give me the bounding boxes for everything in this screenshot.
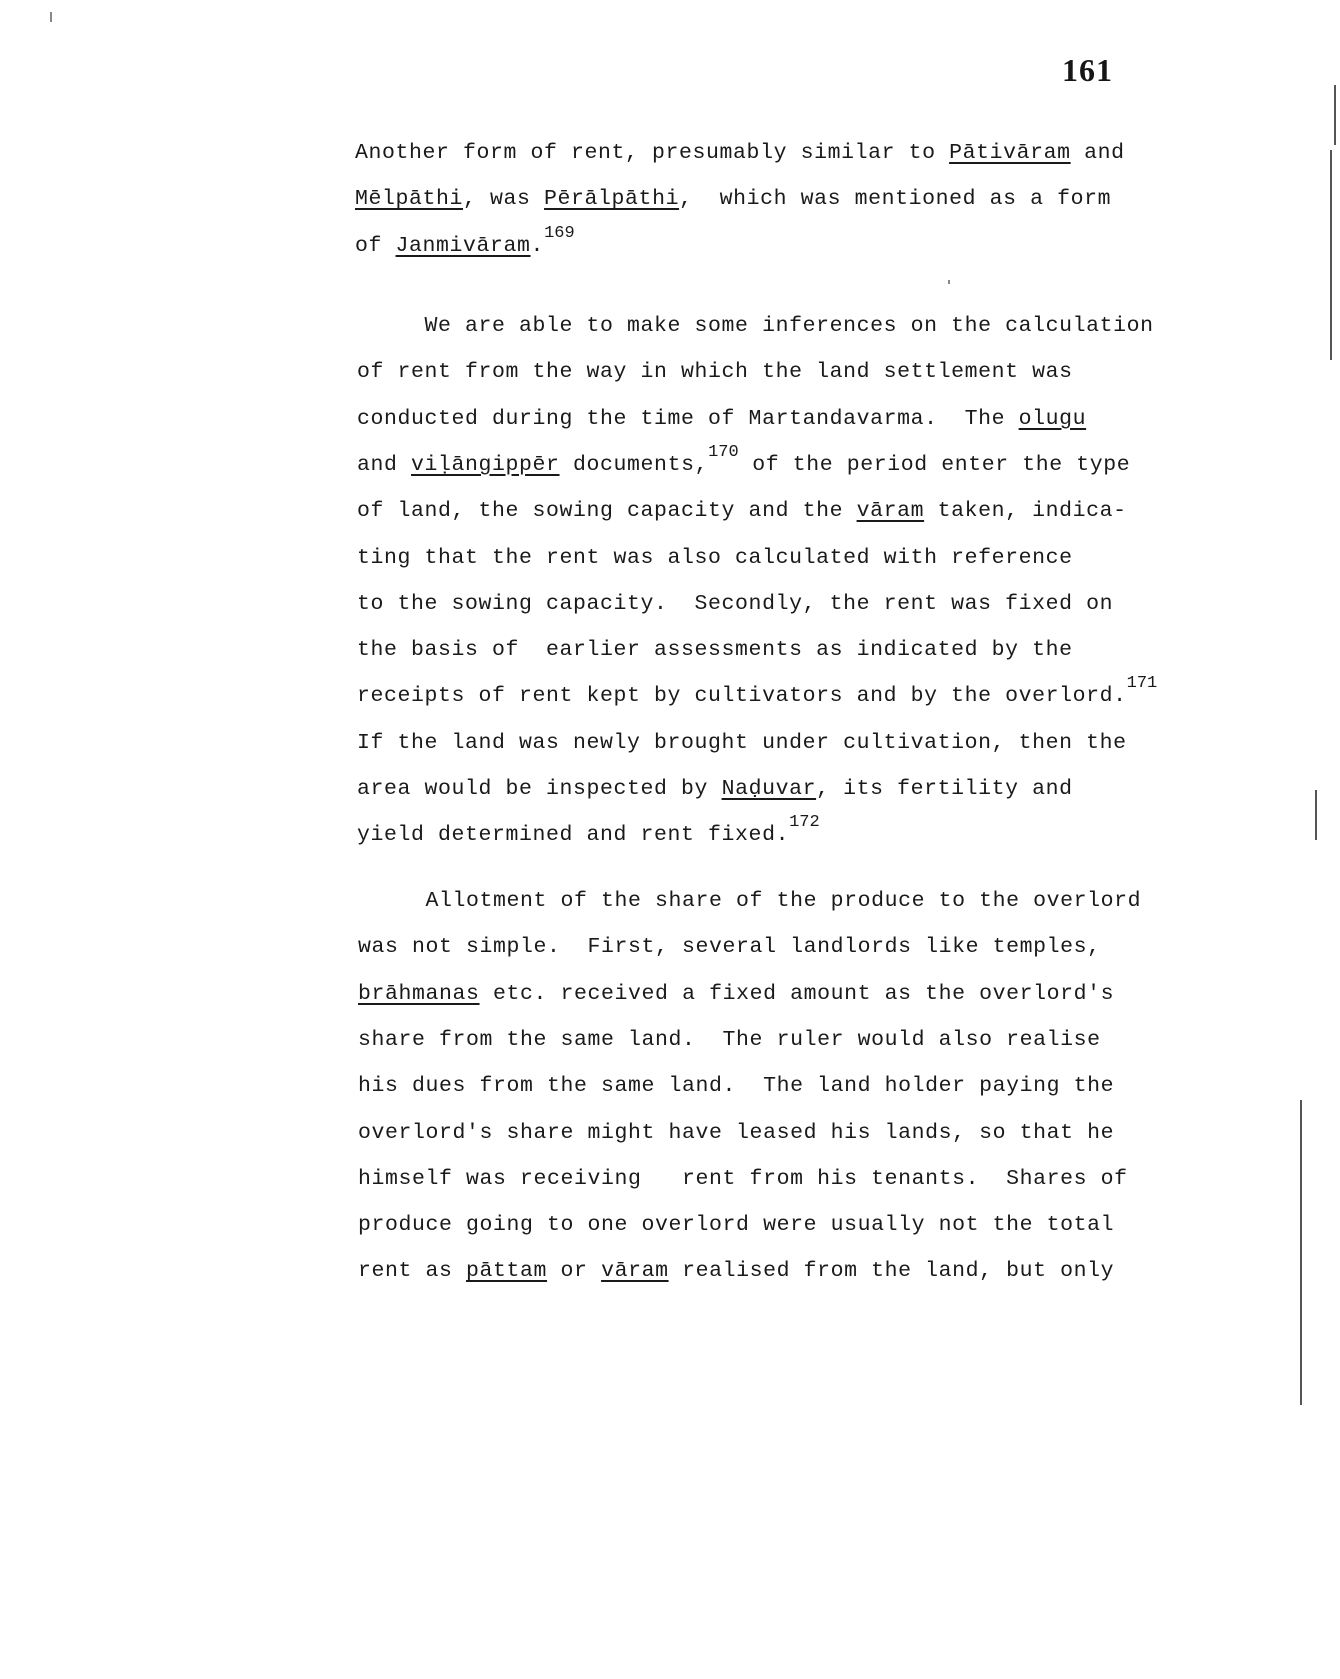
underlined-term: Pērālpāthi [544, 187, 679, 211]
text-run: himself was receiving rent from his tena… [358, 1167, 1128, 1191]
text-line: Allotment of the share of the produce to… [358, 891, 1141, 913]
text-run: receipts of rent kept by cultivators and… [357, 684, 1127, 708]
text-run: , its fertility and [816, 777, 1073, 801]
text-line: brāhmanas etc. received a fixed amount a… [358, 984, 1114, 1006]
text-line: his dues from the same land. The land ho… [358, 1076, 1114, 1098]
underlined-term: brāhmanas [358, 982, 480, 1006]
text-line: receipts of rent kept by cultivators and… [357, 686, 1157, 708]
text-run: share from the same land. The ruler woul… [358, 1028, 1101, 1052]
footnote-ref: 171 [1127, 674, 1158, 693]
text-line: We are able to make some inferences on t… [357, 316, 1154, 338]
text-run: ting that the rent was also calculated w… [357, 546, 1073, 570]
text-run: , was [463, 187, 544, 211]
text-run: or [547, 1259, 601, 1283]
underlined-term: pāttam [466, 1259, 547, 1283]
text-line: was not simple. First, several landlords… [358, 937, 1101, 959]
text-run: the basis of earlier assessments as indi… [357, 638, 1073, 662]
text-run: . [531, 234, 545, 258]
underlined-term: viḷāngippēr [411, 453, 560, 477]
underlined-term: vāram [601, 1259, 669, 1283]
text-run: of [355, 234, 396, 258]
underlined-term: Naḍuvar [722, 777, 817, 801]
scan-edge-line [1315, 790, 1317, 840]
scan-edge-line [1334, 85, 1336, 145]
scan-speck [50, 12, 52, 22]
underlined-term: vāram [857, 499, 925, 523]
text-run: was not simple. First, several landlords… [358, 935, 1101, 959]
text-line: of Janmivāram.169 [355, 236, 575, 258]
underlined-term: Pātivāram [949, 141, 1071, 165]
page-number: 161 [1062, 52, 1113, 89]
text-run: documents, [560, 453, 709, 477]
text-run: etc. received a fixed amount as the over… [480, 982, 1115, 1006]
text-line: conducted during the time of Martandavar… [357, 409, 1086, 431]
text-run: rent as [358, 1259, 466, 1283]
underlined-term: olugu [1019, 407, 1087, 431]
underlined-term: Mēlpāthi [355, 187, 463, 211]
text-run: Another form of rent, presumably similar… [355, 141, 949, 165]
text-line: of rent from the way in which the land s… [357, 362, 1073, 384]
text-run: of land, the sowing capacity and the [357, 499, 857, 523]
text-line: Mēlpāthi, was Pērālpāthi, which was ment… [355, 189, 1111, 211]
text-line: If the land was newly brought under cult… [357, 733, 1127, 755]
text-run: overlord's share might have leased his l… [358, 1121, 1114, 1145]
text-line: the basis of earlier assessments as indi… [357, 640, 1073, 662]
text-run: If the land was newly brought under cult… [357, 731, 1127, 755]
text-run: We are able to make some inferences on t… [357, 314, 1154, 338]
text-run: area would be inspected by [357, 777, 722, 801]
text-line: ting that the rent was also calculated w… [357, 548, 1073, 570]
text-line: yield determined and rent fixed.172 [357, 825, 820, 847]
text-line: share from the same land. The ruler woul… [358, 1030, 1101, 1052]
scan-edge-line [1330, 150, 1332, 360]
text-run: produce going to one overlord were usual… [358, 1213, 1114, 1237]
text-run: his dues from the same land. The land ho… [358, 1074, 1114, 1098]
text-line: produce going to one overlord were usual… [358, 1215, 1114, 1237]
text-run: and [1071, 141, 1125, 165]
text-run: conducted during the time of Martandavar… [357, 407, 1019, 431]
text-line: overlord's share might have leased his l… [358, 1123, 1114, 1145]
text-line: rent as pāttam or vāram realised from th… [358, 1261, 1114, 1283]
scan-edge-line [1300, 1100, 1302, 1405]
text-run: and [357, 453, 411, 477]
text-run: taken, indica- [924, 499, 1127, 523]
text-run: of the period enter the type [739, 453, 1131, 477]
text-run: of rent from the way in which the land s… [357, 360, 1073, 384]
text-line: area would be inspected by Naḍuvar, its … [357, 779, 1073, 801]
text-run: realised from the land, but only [669, 1259, 1115, 1283]
text-run: yield determined and rent fixed. [357, 823, 789, 847]
footnote-ref: 169 [544, 224, 575, 243]
text-run: to the sowing capacity. Secondly, the re… [357, 592, 1113, 616]
text-line: of land, the sowing capacity and the vār… [357, 501, 1127, 523]
scan-speck [948, 280, 950, 284]
text-line: Another form of rent, presumably similar… [355, 143, 1125, 165]
text-line: himself was receiving rent from his tena… [358, 1169, 1128, 1191]
underlined-term: Janmivāram [396, 234, 531, 258]
text-run: Allotment of the share of the produce to… [358, 889, 1141, 913]
text-run: , which was mentioned as a form [679, 187, 1111, 211]
footnote-ref: 172 [789, 813, 820, 832]
footnote-ref: 170 [708, 443, 739, 462]
text-line: and viḷāngippēr documents,170 of the per… [357, 455, 1130, 477]
text-line: to the sowing capacity. Secondly, the re… [357, 594, 1113, 616]
